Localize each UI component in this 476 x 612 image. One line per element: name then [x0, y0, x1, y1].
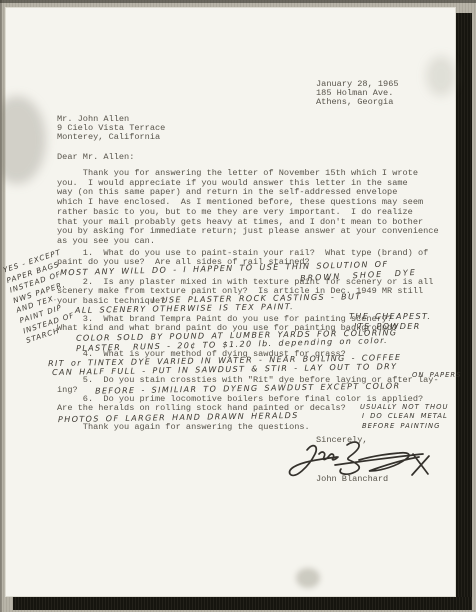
typed-signature-name: John Blanchard: [316, 475, 388, 484]
body-line: you by asking for immediate return; just…: [57, 227, 439, 236]
salutation: Dear Mr. Allen:: [57, 153, 134, 162]
recipient-line: Monterey, California: [57, 133, 160, 142]
scan-left-edge: [0, 0, 2, 612]
paper-smudge: [426, 56, 456, 96]
paper-shadow-bottom: [13, 597, 472, 610]
handwritten-answer: BEFORE PAINTING: [362, 422, 440, 430]
handwritten-answer: USUALLY NOT THOU: [360, 403, 448, 411]
thanks-line: Thank you again for answering the questi…: [57, 423, 310, 432]
body-line: which I have enclosed. As I mentioned be…: [57, 198, 423, 207]
paper-smudge: [296, 568, 320, 588]
body-line: you. I would appreciate if you would ans…: [57, 179, 408, 188]
body-line: that your mail probably gets heavy at ti…: [57, 218, 423, 227]
body-line: way (on this same paper) and return in t…: [57, 188, 397, 197]
paper-smudge: [0, 96, 46, 184]
address-line: Athens, Georgia: [316, 98, 393, 107]
handwritten-answer: I DO CLEAN METAL: [362, 412, 448, 420]
scanned-letter-page: { "date_block": ["January 28, 1965", "18…: [0, 0, 476, 612]
scan-top-edge: [0, 0, 476, 3]
body-line: as you see you can.: [57, 237, 155, 246]
paper-shadow-right: [456, 13, 472, 603]
body-line: Thank you for answering the letter of No…: [57, 169, 418, 178]
handwritten-answer: THE CHEAPEST.: [349, 312, 431, 321]
body-line: rather basic to you, but to me they are …: [57, 208, 413, 217]
